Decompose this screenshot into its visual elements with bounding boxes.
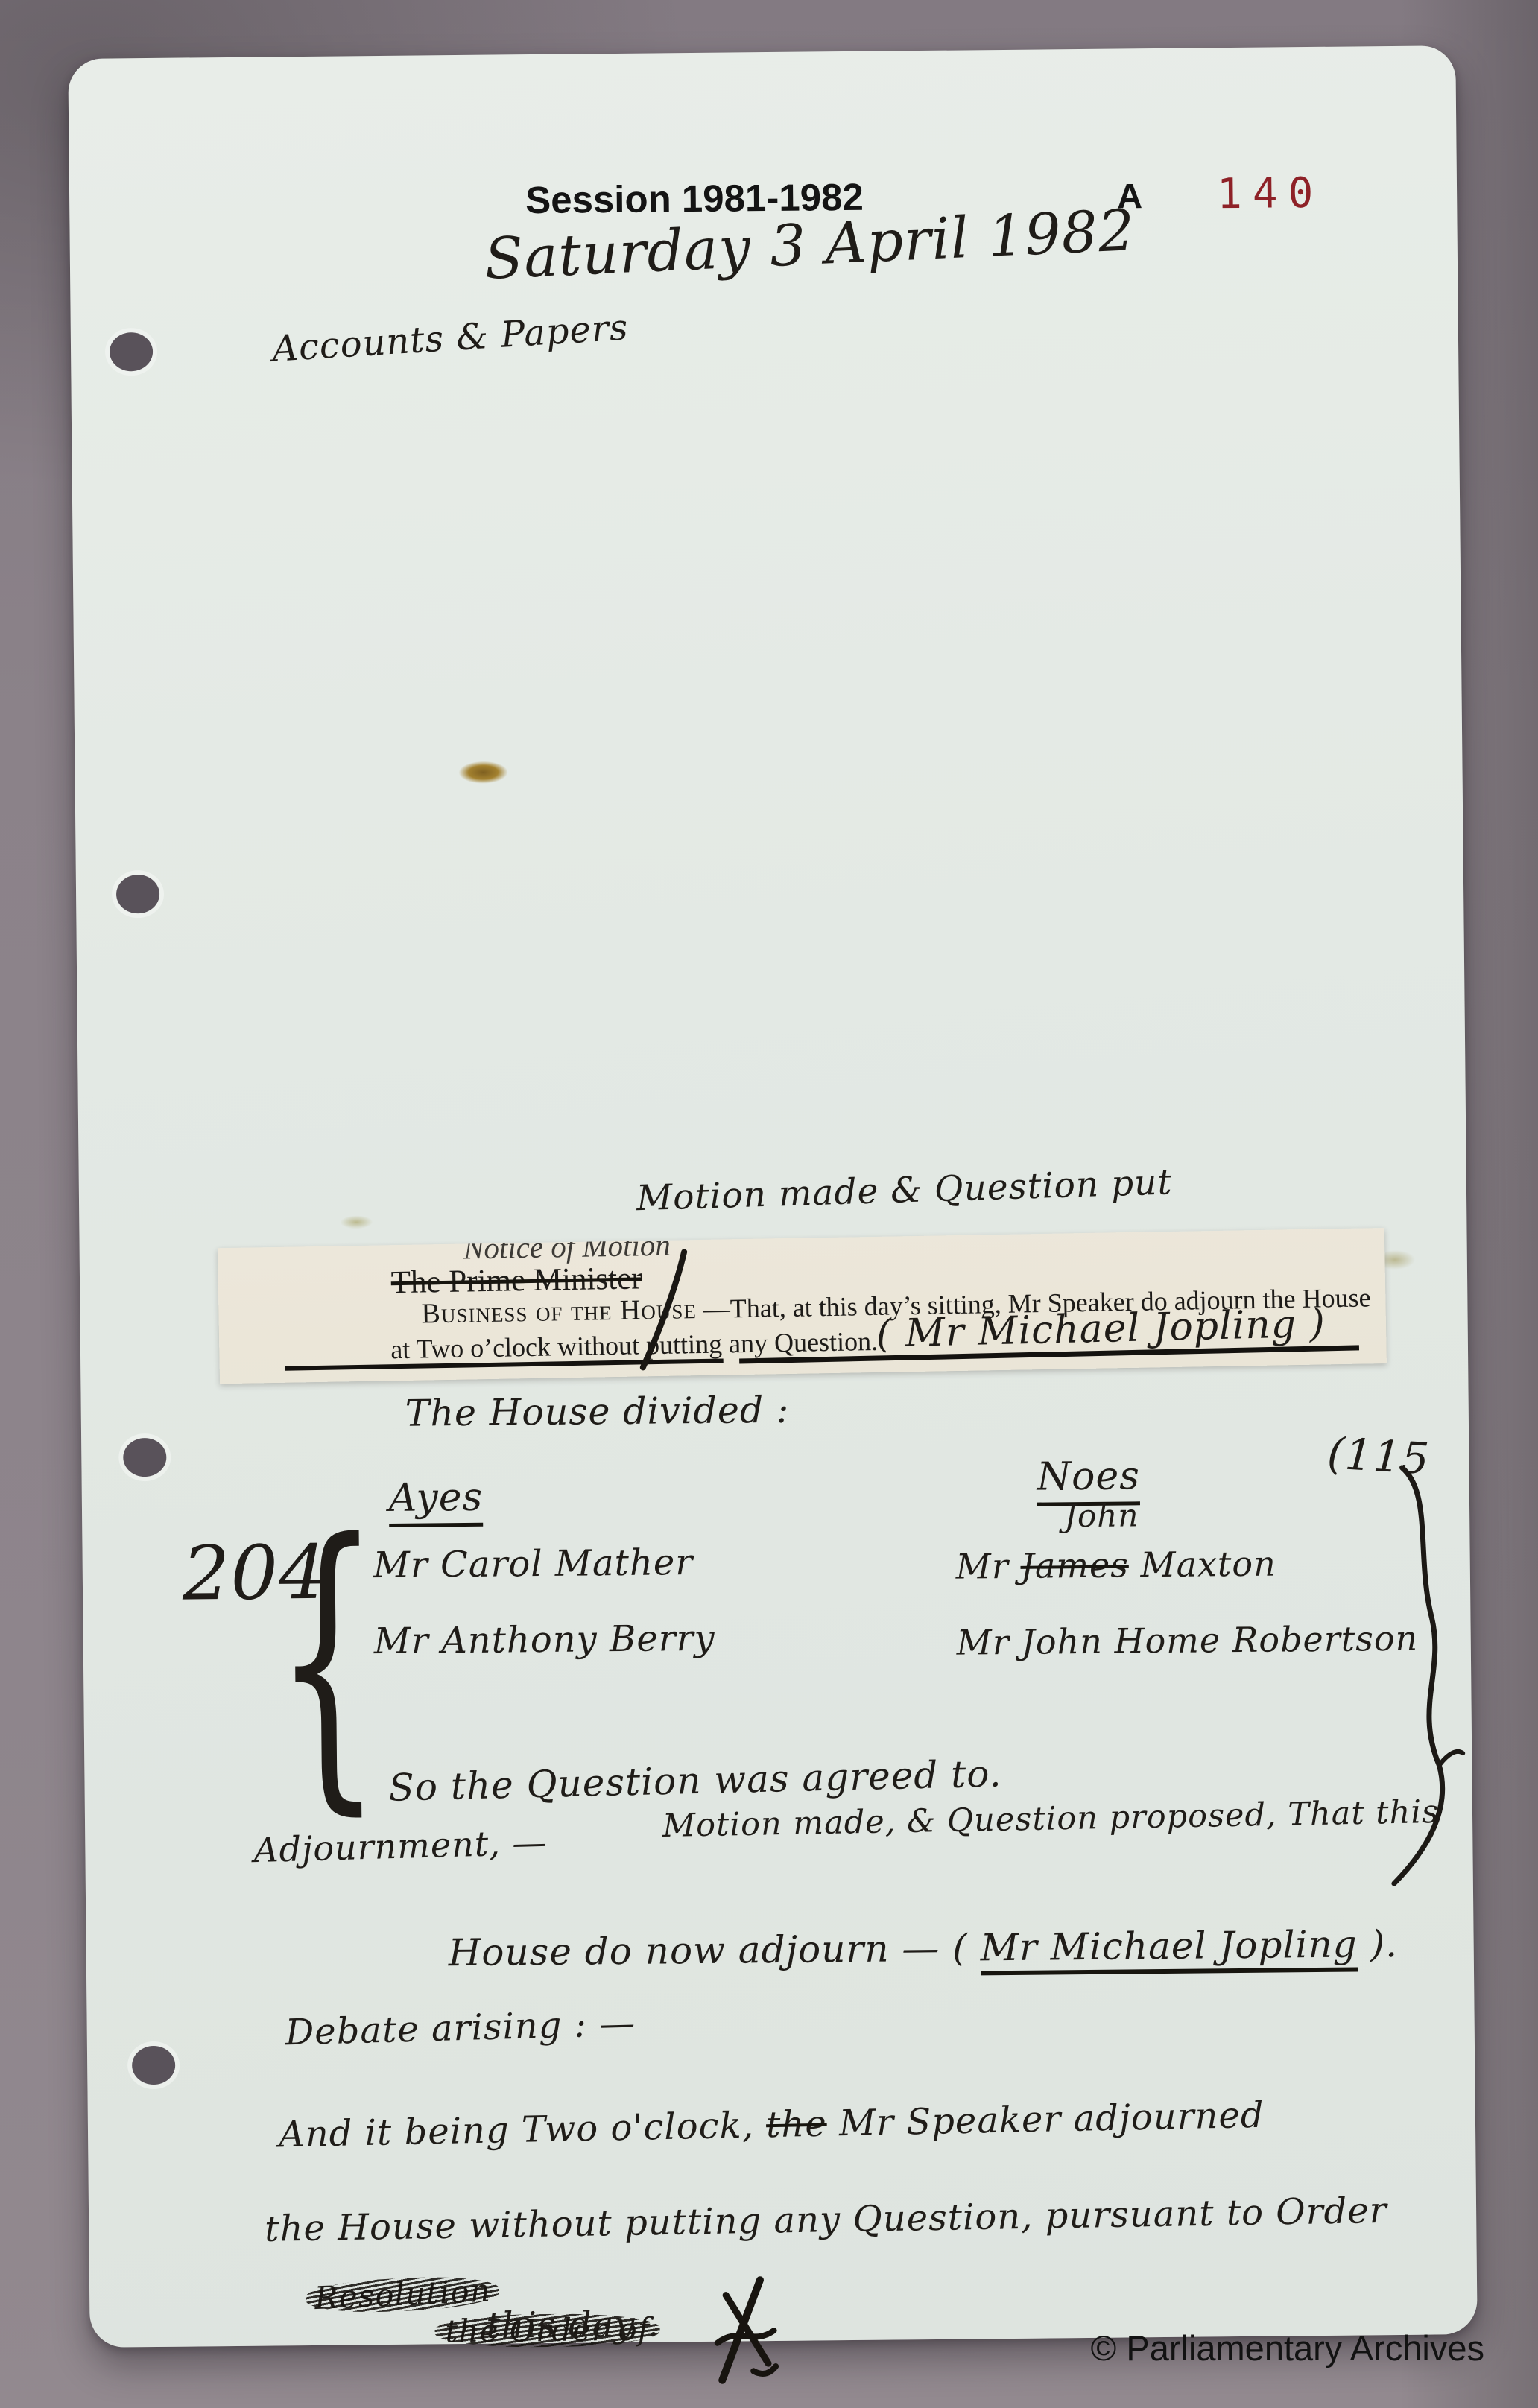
house-adjourn-pre: House do now adjourn — ( xyxy=(448,1926,980,1974)
paper-stain xyxy=(458,761,507,784)
ayes-label: Ayes xyxy=(389,1475,484,1527)
handwritten-slash-mark xyxy=(635,1249,697,1372)
adjournment-label: Adjournment, — xyxy=(253,1822,548,1871)
being-two-oclock-line: And it being Two o'clock, the Mr Speaker… xyxy=(279,2094,1265,2156)
archive-mount-background: Session 1981-1982 A 140 Saturday 3 April… xyxy=(0,0,1538,2408)
noes-teller-1-surname: Maxton xyxy=(1129,1544,1276,1585)
without-putting-line: the House without putting any Question, … xyxy=(265,2190,1387,2250)
ayes-brace: { xyxy=(273,1503,382,1816)
motion-made-annotation: Motion made & Question put xyxy=(636,1162,1173,1219)
journal-page: Session 1981-1982 A 140 Saturday 3 April… xyxy=(68,45,1477,2348)
adjournment-motion-line: Motion made, & Question proposed, That t… xyxy=(662,1793,1440,1845)
being-two-pre: And it being Two o'clock, xyxy=(279,2104,767,2155)
debate-arising-line: Debate arising : — xyxy=(285,2003,636,2054)
ayes-teller-2: Mr Anthony Berry xyxy=(373,1618,715,1662)
clerk-initials-scribble xyxy=(708,2274,783,2386)
being-two-post: Mr Speaker adjourned xyxy=(826,2094,1265,2145)
punch-hole-4 xyxy=(132,2046,175,2085)
house-divided-line: The House divided : xyxy=(405,1389,789,1435)
ayes-teller-1: Mr Carol Mather xyxy=(373,1542,693,1586)
noes-teller-1: Mr James Maxton xyxy=(956,1544,1276,1587)
house-adjourn-line: House do now adjourn — ( Mr Michael Jopl… xyxy=(448,1922,1398,1974)
folio-number-stamp: 140 xyxy=(1217,169,1324,218)
noes-teller-2: Mr John Home Robertson xyxy=(956,1618,1418,1663)
this-day-line: this day . xyxy=(486,2304,659,2347)
noes-teller-1-prefix: Mr xyxy=(956,1546,1021,1587)
house-adjourn-mover: Mr Michael Jopling xyxy=(980,1923,1358,1976)
noes-brace-squiggle xyxy=(1376,1460,1522,1901)
house-adjourn-post: ). xyxy=(1357,1922,1398,1966)
copyright-watermark: © Parliamentary Archives xyxy=(1091,2328,1484,2369)
paper-stain-small-left xyxy=(340,1215,373,1229)
struck-resolution-word: Resolution xyxy=(314,2272,491,2316)
punch-hole-3 xyxy=(123,1438,166,1477)
punch-hole-1 xyxy=(110,332,153,372)
accounts-papers-heading: Accounts & Papers xyxy=(271,306,630,370)
being-two-struck-word: the xyxy=(766,2103,828,2146)
noes-teller-1-struck-name: James xyxy=(1020,1544,1129,1585)
question-agreed-line: So the Question was agreed to. xyxy=(388,1752,1002,1809)
noes-teller-correction: John xyxy=(1064,1497,1139,1534)
punch-hole-2 xyxy=(116,875,159,914)
